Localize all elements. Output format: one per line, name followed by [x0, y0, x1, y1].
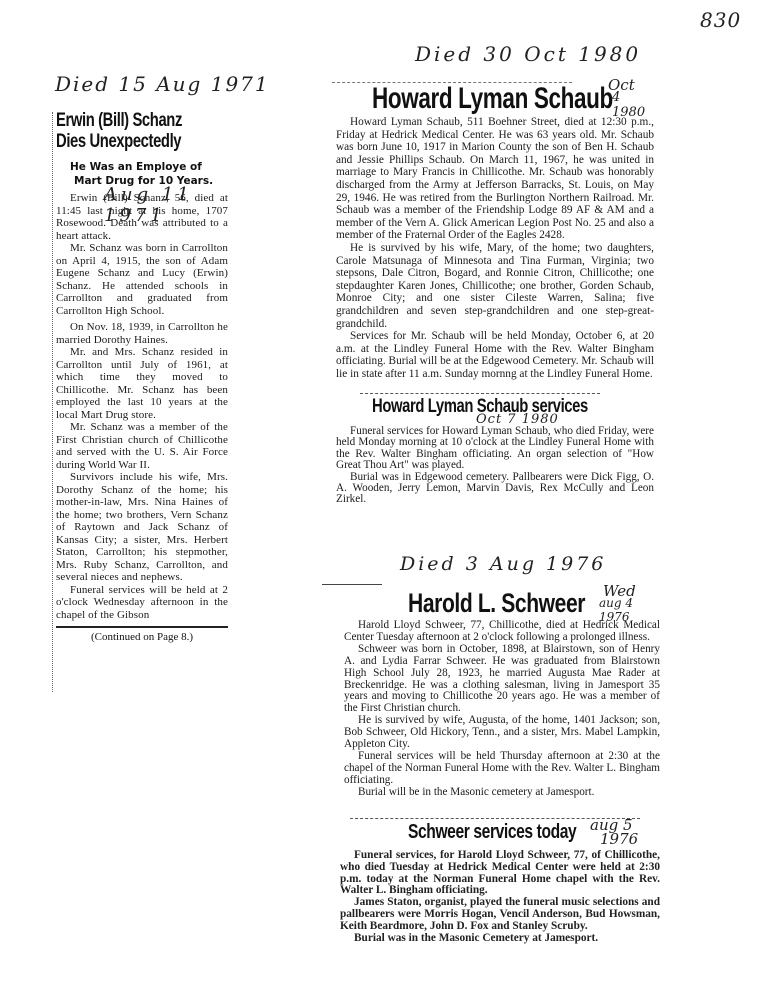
- clipping-schaub-services: Howard Lyman Schaub services Oct 7 1980 …: [336, 396, 654, 506]
- article-body: Howard Lyman Schaub, 511 Boehner Street,…: [336, 116, 654, 380]
- handwritten-date: Oct 4 1980: [608, 76, 654, 120]
- paragraph: Survivors include his wife, Mrs. Dorothy…: [56, 471, 228, 584]
- clipping-schaub: Howard Lyman Schaub Oct 4 1980 Howard Ly…: [336, 82, 654, 380]
- paragraph: He is survived by his wife, Mary, of the…: [336, 242, 654, 330]
- handwritten-death-date: Died 15 Aug 1971: [55, 72, 270, 96]
- paragraph: Howard Lyman Schaub, 511 Boehner Street,…: [336, 116, 654, 242]
- subheadline-line: He Was an Employe of: [70, 160, 228, 174]
- headline: Dies Unexpectedly: [56, 131, 228, 152]
- article-body: Harold Lloyd Schweer, 77, Chillicothe, d…: [344, 620, 660, 799]
- handwritten-date: Aug 11 1971: [104, 184, 228, 226]
- divider: [322, 584, 382, 585]
- paragraph: Mr. Schanz was a member of the First Chr…: [56, 421, 228, 471]
- headline: Erwin (Bill) Schanz: [56, 110, 228, 131]
- paragraph: Burial was in the Masonic Cemetery at Ja…: [340, 933, 660, 945]
- clipping-schweer-services: Schweer services today aug 5 1976 Funera…: [340, 820, 660, 944]
- handwritten-date: Wed aug 4 1976: [599, 582, 660, 624]
- page-number-annotation: 830: [700, 8, 741, 32]
- paragraph: Burial was in Edgewood cemetery. Pallbea…: [336, 472, 654, 506]
- handwritten-date: Oct 7 1980: [476, 412, 559, 427]
- paragraph: Mr. Schanz was born in Carrollton on Apr…: [56, 242, 228, 317]
- paragraph: James Staton, organist, played the funer…: [340, 897, 660, 932]
- clipping-schweer: Harold L. Schweer Wed aug 4 1976 Harold …: [344, 588, 660, 799]
- handwritten-date: aug 5 1976: [590, 816, 638, 848]
- continued-note: (Continued on Page 8.): [56, 631, 228, 643]
- headline: Howard Lyman Schaub: [372, 82, 642, 116]
- paragraph: Funeral services, for Harold Lloyd Schwe…: [340, 850, 660, 897]
- article-body: Erwin (Bill) Schanz, 56, died at 11:45 l…: [56, 192, 228, 621]
- paragraph: On Nov. 18, 1939, in Carrollton he marri…: [56, 321, 228, 346]
- paragraph: Funeral services for Howard Lyman Schaub…: [336, 426, 654, 472]
- divider: [360, 393, 600, 394]
- clipping-schanz: Erwin (Bill) Schanz Dies Unexpectedly He…: [56, 110, 228, 643]
- handwritten-death-date: Died 3 Aug 1976: [400, 553, 606, 575]
- paragraph: Funeral services will be held Thursday a…: [344, 751, 660, 787]
- paragraph: Funeral services will be held at 2 o'clo…: [56, 584, 228, 622]
- handwritten-death-date: Died 30 Oct 1980: [415, 42, 641, 66]
- paragraph: Mr. and Mrs. Schanz resided in Carrollto…: [56, 346, 228, 421]
- article-body: Funeral services, for Harold Lloyd Schwe…: [340, 850, 660, 944]
- paragraph: Services for Mr. Schaub will be held Mon…: [336, 330, 654, 380]
- paragraph: Schweer was born in October, 1898, at Bl…: [344, 644, 660, 715]
- handwritten-date-line: aug 4 1976: [599, 596, 660, 624]
- handwritten-date-line: 1976: [600, 830, 638, 848]
- clip-border: [52, 112, 53, 692]
- paragraph: Burial will be in the Masonic cemetery a…: [344, 787, 660, 799]
- handwritten-date-line: 4 1980: [612, 90, 654, 120]
- paragraph: He is survived by wife, Augusta, of the …: [344, 715, 660, 751]
- article-body: Funeral services for Howard Lyman Schaub…: [336, 426, 654, 506]
- divider: [56, 626, 228, 628]
